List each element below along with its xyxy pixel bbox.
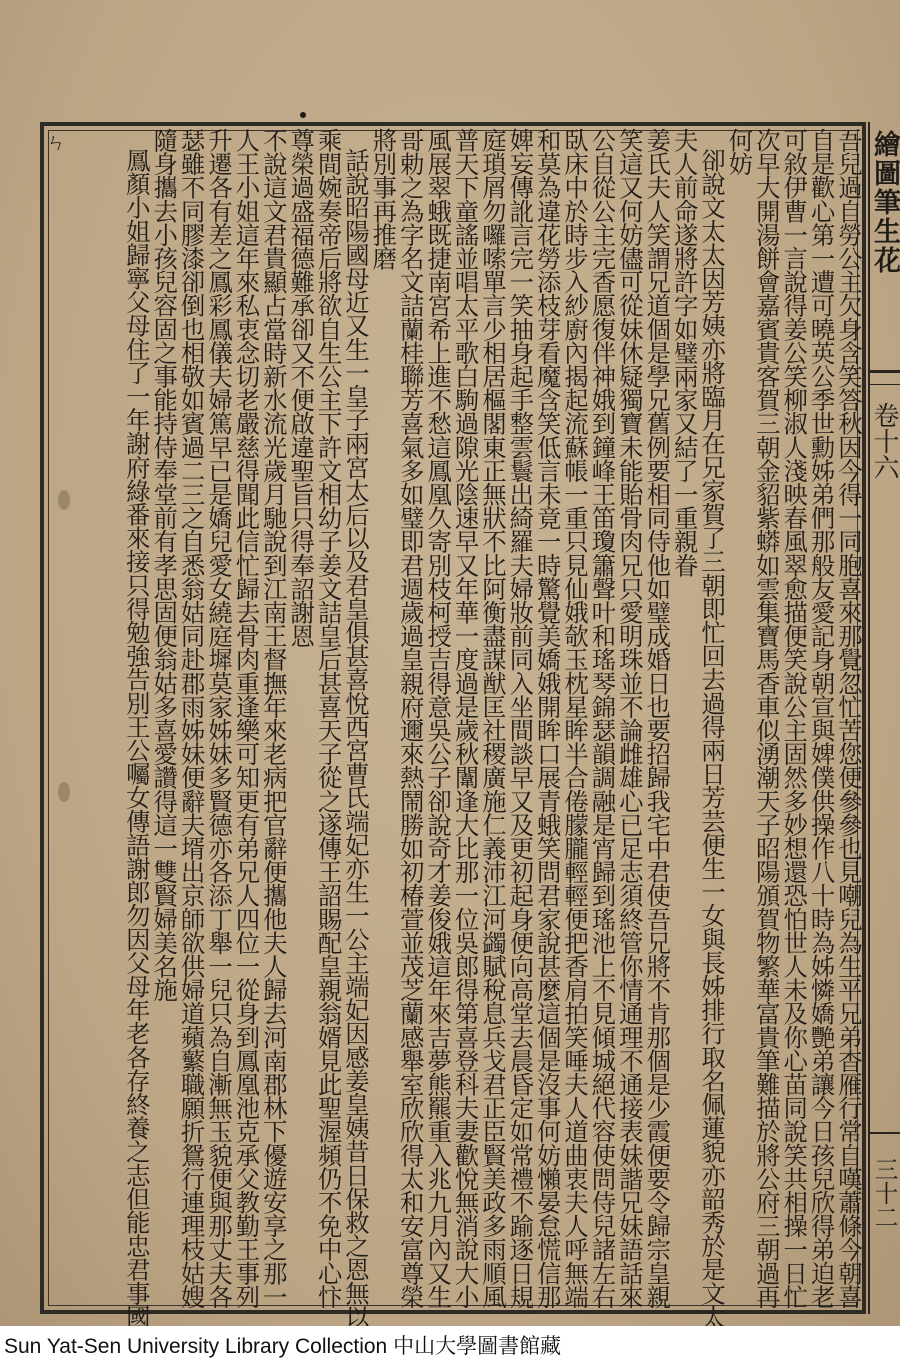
text-column: 尊榮過盛福德難承卻又不便啟違聖旨只得奉詔謝恩 [287, 128, 314, 1308]
ink-dot-icon [300, 112, 306, 118]
text-column: 鳳顏小姐歸寧父母住了一年謝府綠番來接只得勉強告別王公囑女傳語謝郎勿因父母年老各存… [122, 128, 149, 1328]
text-column: 哥勅之為字名文詰蘭桂聯芳喜氣多如璧即君週歲過皇親府邇來熱鬧勝如初椿萱並茂芝蘭感舉… [396, 128, 423, 1308]
collection-caption: Sun Yat-Sen University Library Collectio… [0, 1326, 900, 1366]
text-column: 笑這又何妨儘可從妹休疑獨寶未能貽骨肉兄只愛明珠並不論雌雄心已足志須終管你情通理不… [615, 128, 642, 1308]
collection-name-en: Sun Yat-Sen University Library Collectio… [4, 1335, 387, 1358]
text-column: 升遷各有差之鳳彩鳳儀夫婦篤早已是嬌兒愛女繞庭墀莫家姊妹多賢德亦各添丁舉一兒只為自… [205, 128, 232, 1308]
spine-margin: 繪圖筆生花 卷十六 三十二 [868, 122, 900, 1314]
text-column: 隨身攜去小孩兒容固之事能持侍奉堂前有孝思固便翁姑多喜愛讚得這一雙賢婦美名施 [150, 128, 177, 1308]
text-column: 臥床中於時步入紗廚內揭起流蘇帳一重只見仙娥欹玉枕星眸半合倦朦朧輕輕便把香肩拍笑唾… [561, 128, 588, 1308]
text-column: 不說這文君貴顯占當時新水流光歲月馳說到江南王督撫年來老病把官辭便攜他夫人歸去河南… [259, 128, 286, 1308]
fishtail-divider [868, 370, 900, 373]
scanned-page: ㄣ 繪圖筆生花 卷十六 三十二 吾兒過自勞公主欠身含笑答秋因今得一同胞喜來那覺忽… [0, 0, 900, 1326]
text-column: 婢妄傳訛言完一笑抽身起手整雲鬟出綺羅夫婦妝前同入坐間談早又及更初起身便向高堂去晨… [506, 128, 533, 1308]
text-column: 吾兒過自勞公主欠身含笑答秋因今得一同胞喜來那覺忽忙苦您便參參也見嘲兒為生平兄弟杳… [835, 128, 862, 1308]
text-column: 公自從公主完香愿復伴神娥到鐘峰王笛瓊簫聲叶和瑤琴錦瑟韻調融是宵歸到瑤池上不見傾城… [588, 128, 615, 1308]
text-column: 庭瑣屑勿囉嗦單言少相居樞閣東正無狀不比阿衡盡謀猷匡社稷廣施仁義沛江河蠲賦稅息兵戈… [479, 128, 506, 1308]
binding-hole-icon [58, 490, 70, 510]
page-number: 三十二 [870, 1157, 898, 1229]
collection-name-zh: 中山大學圖書館藏 [393, 1334, 561, 1358]
book-title: 繪圖筆生花 [870, 130, 898, 275]
text-column: 普天下童謠並唱太平歌白駒過隙光陰速早又年華一度過是歲秋闈逢大比那一位吳郎得第喜登… [451, 128, 478, 1308]
text-column: 夫人前命遂將許字如璧兩家又結了一重親眷 [670, 128, 697, 1308]
text-body: 吾兒過自勞公主欠身含笑答秋因今得一同胞喜來那覺忽忙苦您便參參也見嘲兒為生平兄弟杳… [82, 128, 862, 1308]
text-column: 次早大開湯餅會嘉賓貴客賀三朝金貂紫蟒如雲集寶馬香車似湧潮天子昭陽頒賀物繁華富貴筆… [752, 128, 779, 1308]
text-column: 人王小姐這年來私衷念切老嚴慈得聞此信忙歸去骨肉重逢樂可知更有弟兄人四位一從身到鳳… [232, 128, 259, 1308]
text-column: 乘間婉奏帝后將欲自生公主下許文相幼子姜文詰皇后甚喜天子從之遂傳王詔賜配皇親翁婿見… [314, 128, 341, 1308]
text-column: 何妨 [725, 128, 752, 1308]
margin-mark: ㄣ [46, 126, 66, 155]
text-column: 瑟雖不同膠漆卻倒也相敬如賓過二三之自悉翁姑同赴郡雨姊妹便辭夫壻出京師欲供婦道蘋蘩… [177, 128, 204, 1308]
text-column: 將別事再推磨 [369, 128, 396, 1308]
text-column: 話說昭陽國母近又生一皇子兩宮太后以及君皇俱甚喜悅西宮曹氏端妃亦生一公主端妃因感姜… [342, 128, 369, 1328]
text-column: 姜氏夫人笑謂兄道個是學兄舊例要相同侍他如璧成婚日也要招歸我宅中君使吾兄將不肯那個… [643, 128, 670, 1308]
text-column: 風展翠蛾既捷南宮希上進不愁這鳳凰久寄別枝柯授吉得意吳公子卻說奇才姜俊娥這年來吉夢… [424, 128, 451, 1308]
volume-label: 卷十六 [870, 402, 898, 480]
text-column: 可敘伊曹一言說得姜公笑柳淑人淺映春風翠愈描便笑說公主固然多妙想還恐怕世人未及你心… [780, 128, 807, 1308]
text-column: 卻說文太太因芳姨亦將臨月在兄家賀了三朝即忙回去過得兩日芳芸便生一女與長姊排行取名… [698, 128, 725, 1328]
text-column: 自是歡心第一遭可曉英公季世勳姊弟們那般友愛記身朝宣與婢僕供操作八十時為姊憐嬌艷弟… [807, 128, 834, 1308]
binding-hole-icon [58, 782, 70, 802]
text-column: 和莫為違花勞添枝芽看魔含笑低言未竟一時驚覺美嬌娥開眸口展青蛾笑問君家說甚麼這個是… [533, 128, 560, 1308]
